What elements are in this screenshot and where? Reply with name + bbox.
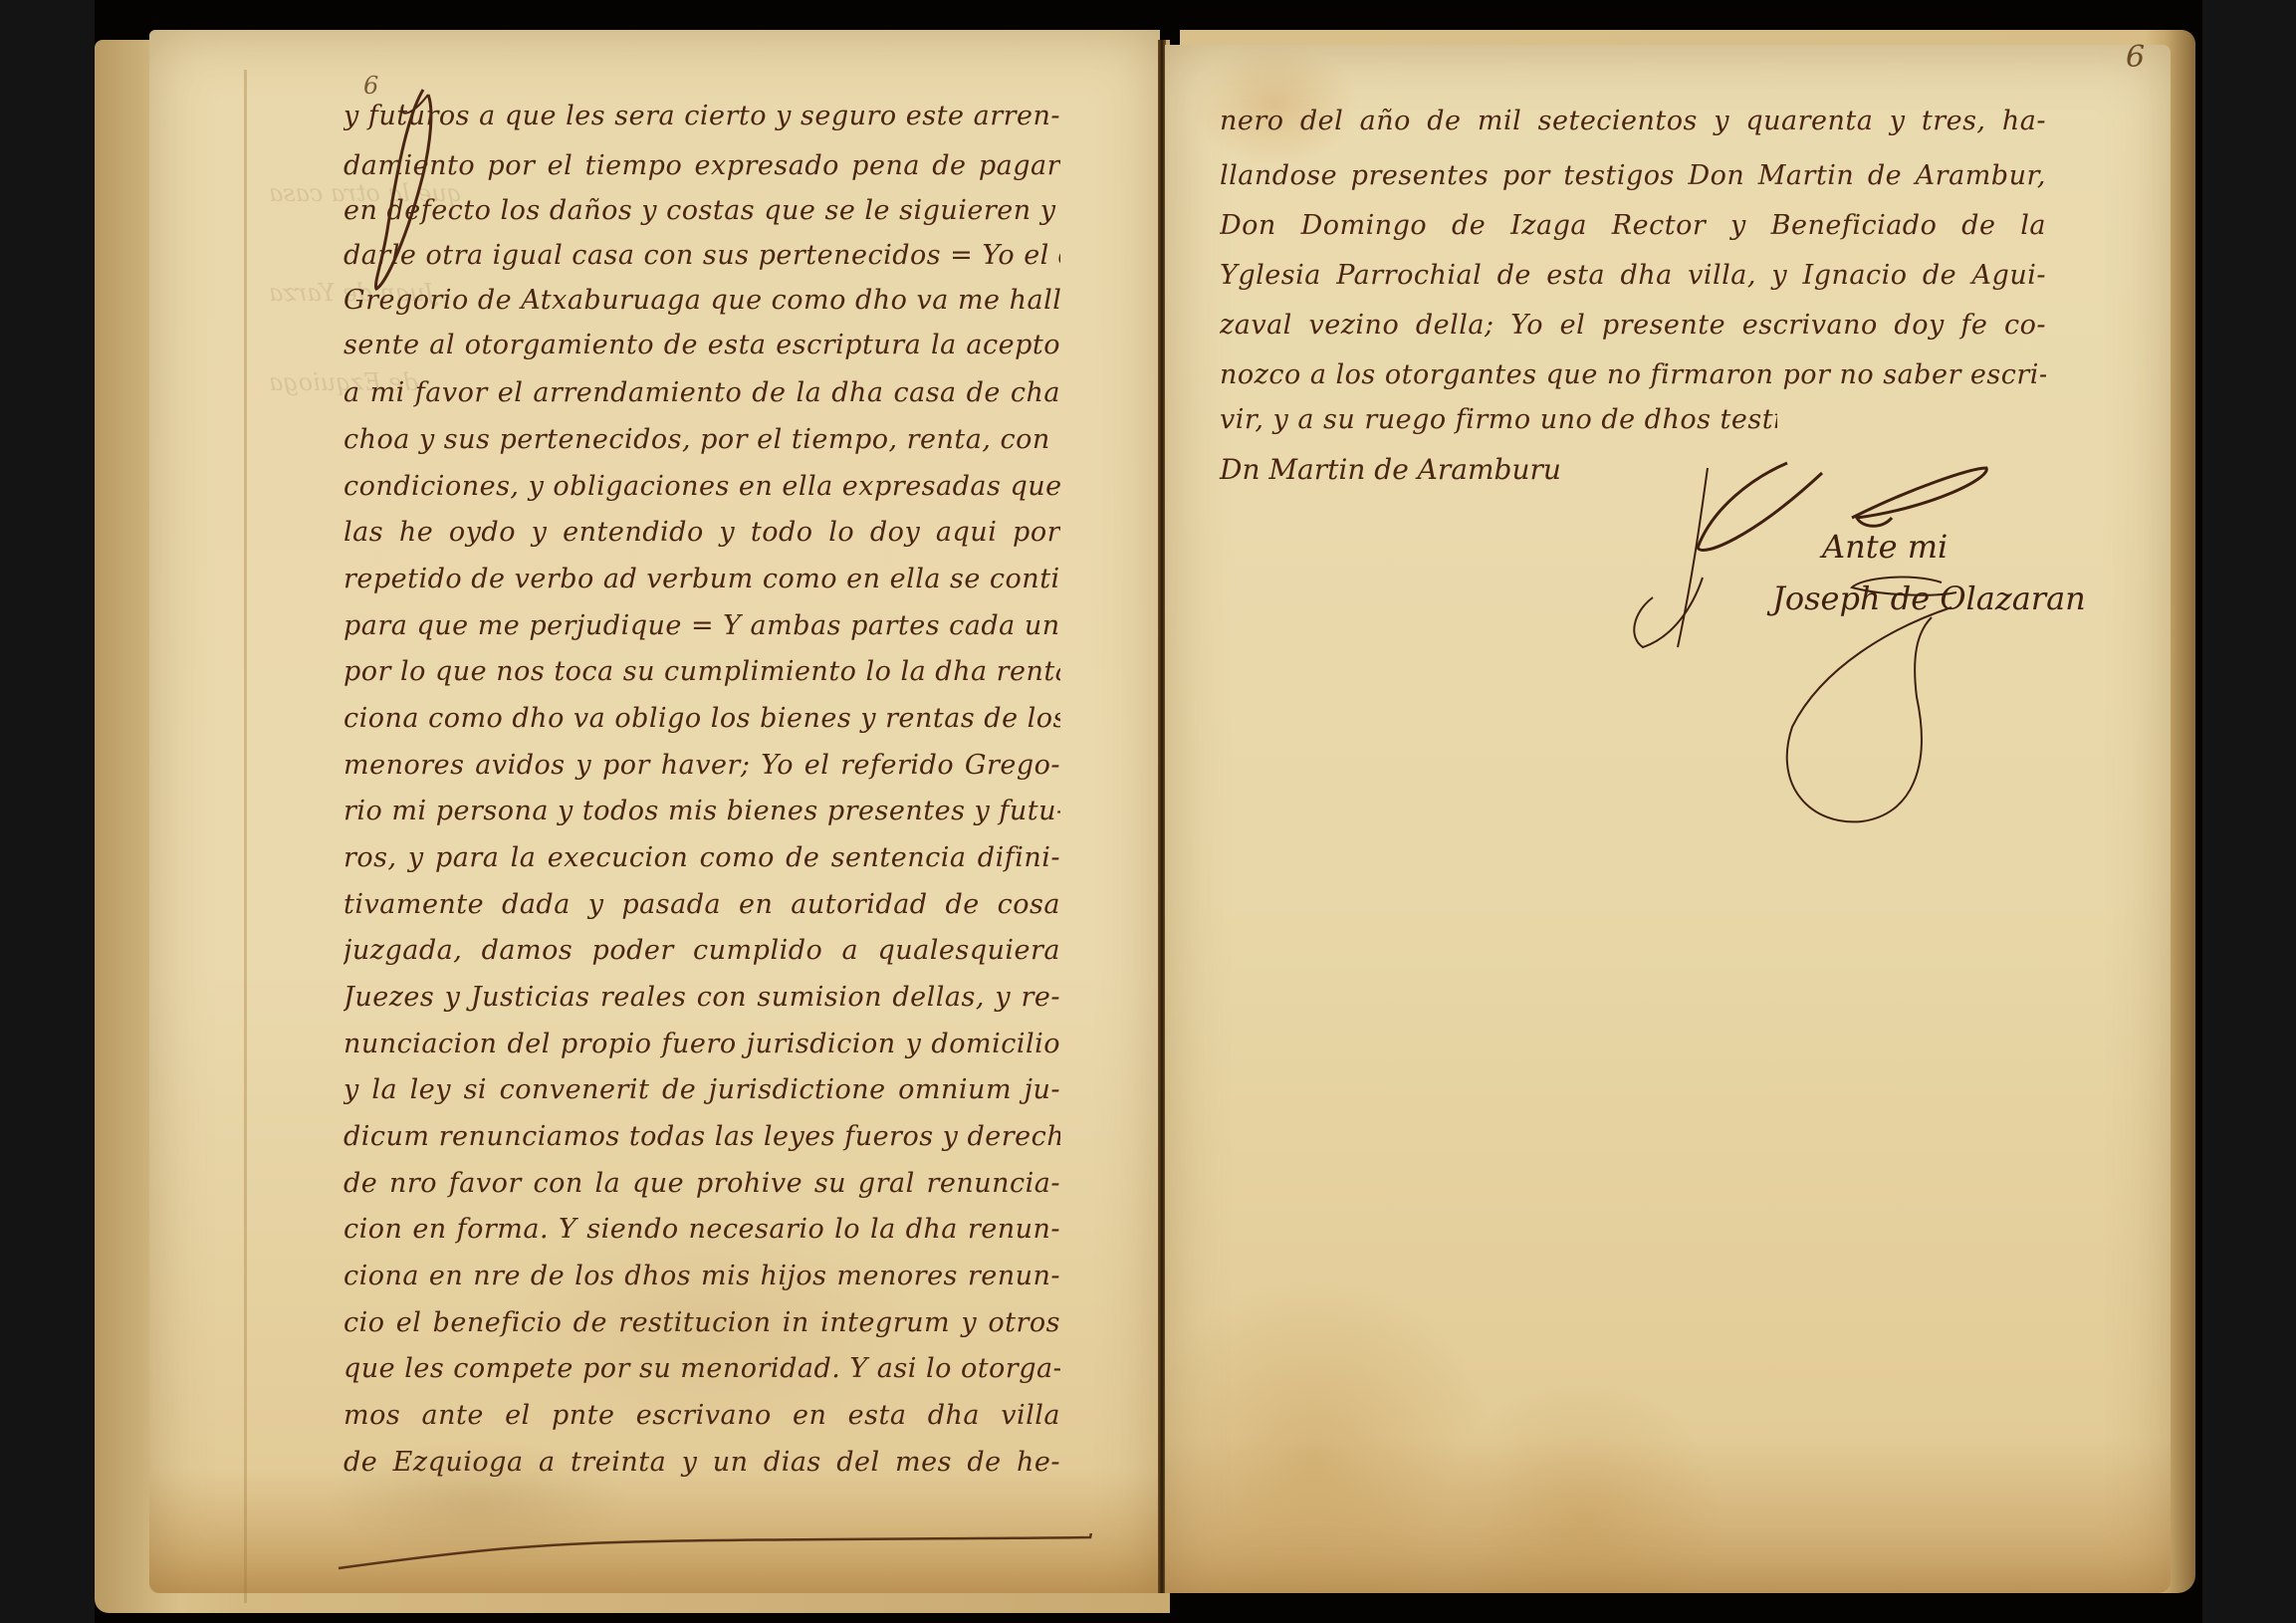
left-line-20: Juezes y Justicias reales con sumision d… — [344, 981, 1060, 1015]
left-line-22: y la ley si convenerit de jurisdictione … — [344, 1073, 1060, 1107]
notary-signature-line1: Ante mi — [1822, 528, 1948, 566]
left-line-8: choa y sus pertenecidos, por el tiempo, … — [344, 423, 1060, 457]
right-line-2: llandose presentes por testigos Don Mart… — [1220, 159, 2046, 193]
left-line-4: darle otra igual casa con sus pertenecid… — [344, 239, 1060, 273]
right-line-5: zaval vezino della; Yo el presente escri… — [1220, 309, 2046, 343]
left-line-6: sente al otorgamiento de esta escriptura… — [344, 329, 1060, 362]
witness-signature: Dn Martin de Aramburu — [1220, 453, 1561, 486]
right-line-4: Yglesia Parrochial de esta dha villa, y … — [1220, 259, 2046, 293]
left-line-12: para que me perjudique = Y ambas partes … — [344, 609, 1060, 643]
left-line-5: Gregorio de Atxaburuaga que como dho va … — [344, 284, 1060, 318]
right-line-1: nero del año de mil setecientos y quaren… — [1220, 105, 2046, 138]
left-line-30: de Ezquioga a treinta y un dias del mes … — [344, 1446, 1060, 1480]
left-line-24: de nro favor con la que prohive su gral … — [344, 1167, 1060, 1201]
left-line-26: ciona en nre de los dhos mis hijos menor… — [344, 1260, 1060, 1293]
left-line-3: en defecto los daños y costas que se le … — [344, 194, 1060, 228]
left-line-11: repetido de verbo ad verbum como en ella… — [344, 563, 1060, 596]
left-line-17: ros, y para la execucion como de sentenc… — [344, 841, 1060, 875]
page-fold-crease — [244, 70, 247, 1603]
left-line-7: a mi favor el arrendamiento de la dha ca… — [344, 376, 1060, 410]
left-line-15: menores avidos y por haver; Yo el referi… — [344, 749, 1060, 783]
right-line-3: Don Domingo de Izaga Rector y Beneficiad… — [1220, 209, 2046, 243]
image-viewer: 6 que la otra casa Juan de Yarza de Ezqu… — [0, 0, 2296, 1623]
left-line-21: nunciacion del propio fuero jurisdicion … — [344, 1028, 1060, 1061]
left-line-23: dicum renunciamos todas las leyes fueros… — [344, 1120, 1060, 1154]
left-line-13: por lo que nos toca su cumplimiento lo l… — [344, 655, 1060, 689]
left-line-27: cio el beneficio de restitucion in integ… — [344, 1306, 1060, 1340]
left-line-25: cion en forma. Y siendo necesario lo la … — [344, 1213, 1060, 1247]
notary-rubric-flourish-icon — [1613, 438, 2031, 856]
left-line-9: condiciones, y obligaciones en ella expr… — [344, 470, 1060, 504]
left-line-19: juzgada, damos poder cumplido a qualesqu… — [344, 934, 1060, 968]
left-line-28: que les compete por su menoridad. Y asi … — [344, 1352, 1060, 1386]
left-line-1: y futuros a que les sera cierto y seguro… — [344, 100, 1060, 133]
folio-number: 6 — [2126, 40, 2145, 75]
left-line-14: ciona como dho va obligo los bienes y re… — [344, 702, 1060, 736]
left-line-16: rio mi persona y todos mis bienes presen… — [344, 795, 1060, 828]
closing-rule-line — [329, 1533, 1125, 1573]
left-line-10: las he oydo y entendido y todo lo doy aq… — [344, 516, 1060, 550]
left-line-29: mos ante el pnte escrivano en esta dha v… — [344, 1399, 1060, 1433]
right-line-7: vir, y a su ruego firmo uno de dhos test… — [1220, 403, 1777, 437]
notary-signature-line2: Joseph de Olazaran — [1772, 580, 2086, 617]
left-line-2: damiento por el tiempo expresado pena de… — [344, 149, 1060, 183]
right-line-6: nozco a los otorgantes que no firmaron p… — [1220, 358, 2046, 392]
left-line-18: tivamente dada y pasada en autoridad de … — [344, 888, 1060, 922]
